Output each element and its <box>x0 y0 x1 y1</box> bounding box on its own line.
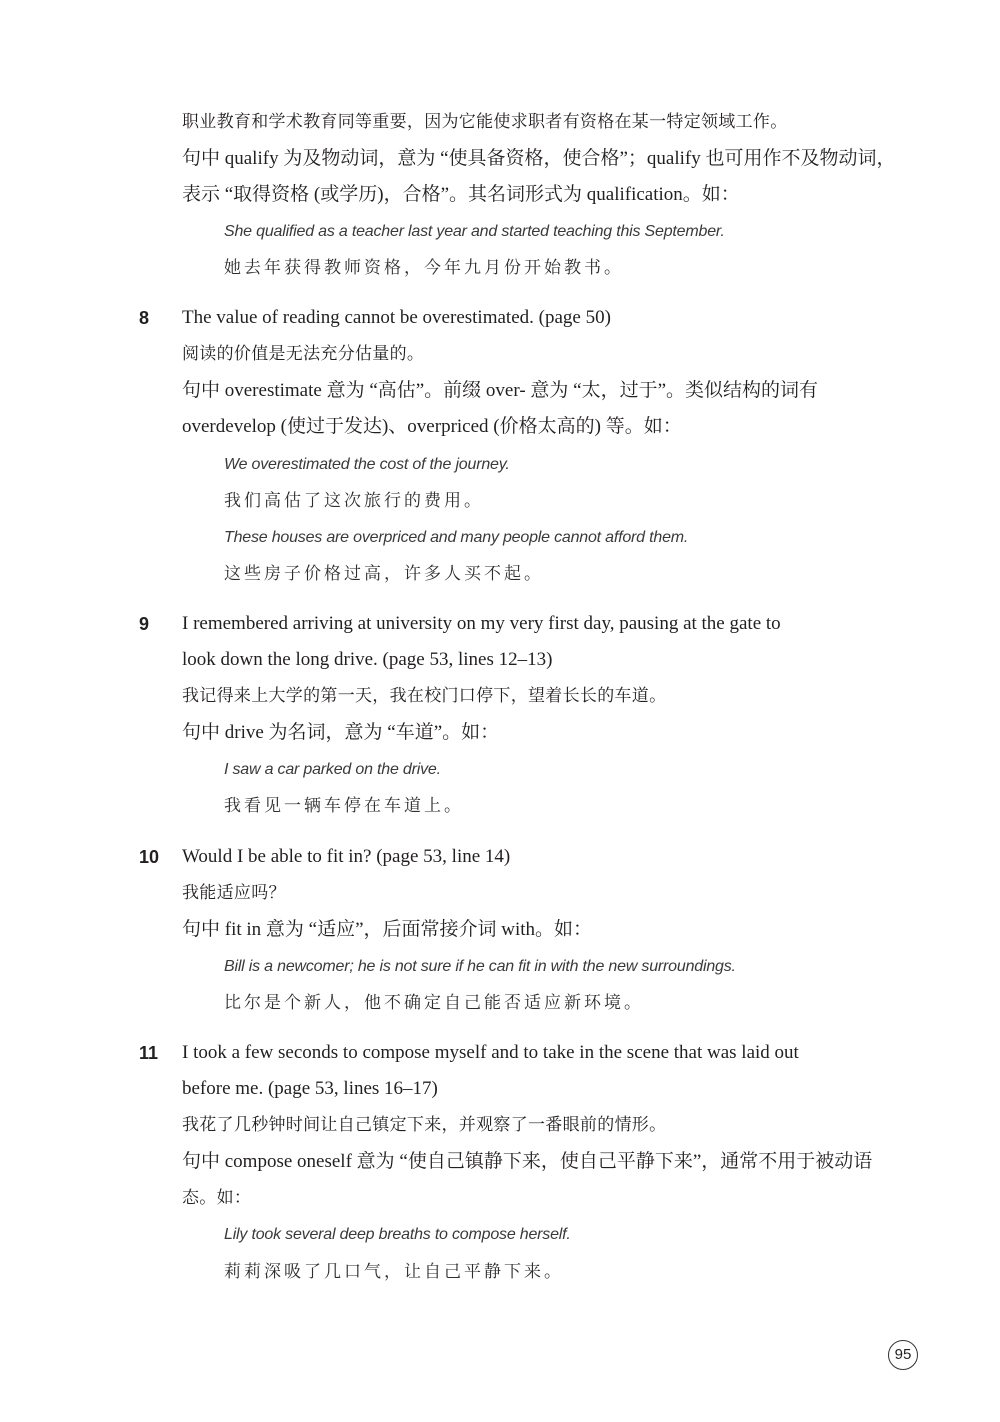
source-sentence: I remembered arriving at university on m… <box>182 612 781 636</box>
example-english: These houses are overpriced and many peo… <box>224 526 688 550</box>
example-chinese: 这些房子价格过高，许多人买不起。 <box>224 562 544 586</box>
example-chinese: 我们高估了这次旅行的费用。 <box>224 489 484 513</box>
example-english: I saw a car parked on the drive. <box>224 758 441 782</box>
item-number: 8 <box>139 306 149 330</box>
translation: 我能适应吗？ <box>182 881 286 905</box>
example-chinese: 她去年获得教师资格，今年九月份开始教书。 <box>224 256 624 280</box>
item-number: 11 <box>139 1041 158 1065</box>
example-chinese: 莉莉深吸了几口气，让自己平静下来。 <box>224 1260 564 1284</box>
translation: 我花了几秒钟时间让自己镇定下来，并观察了一番眼前的情形。 <box>182 1113 666 1137</box>
translation: 阅读的价值是无法充分估量的。 <box>182 342 424 366</box>
example-english: She qualified as a teacher last year and… <box>224 220 725 244</box>
textbook-page: 职业教育和学术教育同等重要，因为它能使求职者有资格在某一特定领域工作。 句中 q… <box>0 0 1000 1422</box>
explanation-line: 态。如： <box>182 1186 251 1210</box>
example-english: Lily took several deep breaths to compos… <box>224 1223 571 1247</box>
source-sentence: look down the long drive. (page 53, line… <box>182 648 552 672</box>
source-sentence: I took a few seconds to compose myself a… <box>182 1041 799 1065</box>
translation: 职业教育和学术教育同等重要，因为它能使求职者有资格在某一特定领域工作。 <box>182 110 788 134</box>
explanation-line: 句中 fit in 意为 “适应”，后面常接介词 with。如： <box>182 918 592 942</box>
item-number: 9 <box>139 612 149 636</box>
source-sentence: The value of reading cannot be overestim… <box>182 306 611 330</box>
explanation-line: 句中 qualify 为及物动词，意为 “使具备资格，使合格”；qualify … <box>182 147 896 171</box>
source-sentence: Would I be able to fit in? (page 53, lin… <box>182 845 510 869</box>
example-chinese: 我看见一辆车停在车道上。 <box>224 794 464 818</box>
example-chinese: 比尔是个新人，他不确定自己能否适应新环境。 <box>224 991 644 1015</box>
explanation-line: overdevelop (使过于发达)、overpriced (价格太高的) 等… <box>182 415 682 439</box>
translation: 我记得来上大学的第一天，我在校门口停下，望着长长的车道。 <box>182 684 666 708</box>
page-number-badge: 95 <box>888 1340 918 1370</box>
explanation-line: 句中 drive 为名词，意为 “车道”。如： <box>182 721 499 745</box>
item-number: 10 <box>139 845 159 869</box>
explanation-line: 表示 “取得资格 (或学历)，合格”。其名词形式为 qualification。… <box>182 183 740 207</box>
explanation-line: 句中 compose oneself 意为 “使自己镇静下来，使自己平静下来”，… <box>182 1150 872 1174</box>
example-english: Bill is a newcomer; he is not sure if he… <box>224 955 736 979</box>
example-english: We overestimated the cost of the journey… <box>224 453 510 477</box>
explanation-line: 句中 overestimate 意为 “高估”。前缀 over- 意为 “太，过… <box>182 379 818 403</box>
source-sentence: before me. (page 53, lines 16–17) <box>182 1077 438 1101</box>
